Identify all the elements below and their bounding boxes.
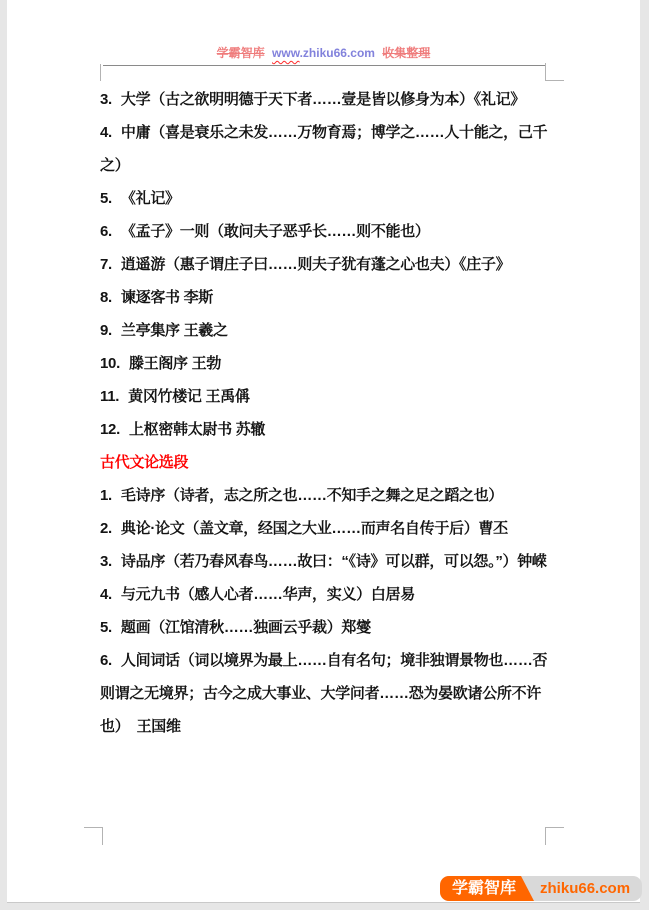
list-item-number: 9. <box>100 322 112 339</box>
header-rule-line <box>103 65 545 66</box>
margin-crop-mark-top-right <box>545 63 546 81</box>
list-item-text: 与元九书（感人心者……华声，实义）白居易 <box>121 586 415 603</box>
list-item: 6.《孟子》一则（敢问夫子恶乎长……则不能也） <box>100 215 549 248</box>
list-item-text: 大学（古之欲明明德于天下者……壹是皆以修身为本）《礼记》 <box>121 91 525 108</box>
list-item: 7.逍遥游（惠子谓庄子曰……则夫子犹有蓬之心也夫）《庄子》 <box>100 248 549 281</box>
list-item-number: 11. <box>100 388 119 405</box>
list-item: 4.中庸（喜是衰乐之未发……万物育焉；博学之……人十能之，己千之） <box>100 116 549 182</box>
margin-crop-mark-top-right <box>545 80 564 81</box>
list-item: 2.典论·论文（盖文章，经国之大业……而声名自传于后）曹丕 <box>100 512 549 545</box>
list-item: 10.滕王阁序 王勃 <box>100 347 549 380</box>
margin-crop-mark-bottom-right <box>545 827 564 828</box>
section-heading: 古代文论选段 <box>100 446 549 479</box>
list-item-text: 毛诗序（诗者，志之所之也……不知手之舞之足之蹈之也） <box>121 487 503 504</box>
list-item: 11.黄冈竹楼记 王禹偁 <box>100 380 549 413</box>
list-item-text: 中庸（喜是衰乐之未发……万物育焉；博学之……人十能之，己千之） <box>100 124 547 174</box>
list-item-text: 上枢密韩太尉书 苏辙 <box>129 421 265 438</box>
list-item-number: 12. <box>100 421 120 438</box>
list-item-number: 4. <box>100 124 112 141</box>
list-item: 5.《礼记》 <box>100 182 549 215</box>
list-item-text: 典论·论文（盖文章，经国之大业……而声名自传于后）曹丕 <box>121 520 508 537</box>
list-item-text: 《孟子》一则（敢问夫子恶乎长……则不能也） <box>121 223 430 240</box>
watermark-suffix: 收集整理 <box>382 46 430 60</box>
list-item-text: 谏逐客书 李斯 <box>121 289 213 306</box>
list-item-number: 1. <box>100 487 112 504</box>
list-item-text: 兰亭集序 王羲之 <box>121 322 228 339</box>
document-body: 3.大学（古之欲明明德于天下者……壹是皆以修身为本）《礼记》4.中庸（喜是衰乐之… <box>100 83 549 743</box>
footer-logo-brand: 学霸智库 <box>440 876 534 901</box>
watermark-brand: 学霸智库 <box>217 46 265 60</box>
list-item-number: 5. <box>100 190 112 207</box>
list-item-number: 4. <box>100 586 112 603</box>
watermark-url-domain: .zhiku66.com <box>300 46 375 60</box>
list-item-text: 逍遥游（惠子谓庄子曰……则夫子犹有蓬之心也夫）《庄子》 <box>121 256 510 273</box>
list-item-number: 3. <box>100 91 112 108</box>
footer-logo: 学霸智库 zhiku66.com <box>440 876 642 901</box>
list-item-text: 诗品序（若乃春风春鸟……故曰：“《诗》可以群，可以怨。”）钟嵘 <box>121 553 547 570</box>
list-item: 12.上枢密韩太尉书 苏辙 <box>100 413 549 446</box>
list-item: 8.谏逐客书 李斯 <box>100 281 549 314</box>
list-item-text: 《礼记》 <box>121 190 180 207</box>
app-background: 学霸智库 www.zhiku66.com 收集整理 3.大学（古之欲明明德于天下… <box>0 0 649 910</box>
list-item: 3.大学（古之欲明明德于天下者……壹是皆以修身为本）《礼记》 <box>100 83 549 116</box>
list-item-number: 6. <box>100 652 112 669</box>
list-item-text: 人间词话（词以境界为最上……自有名句；境非独谓景物也……否则谓之无境界；古今之成… <box>100 652 547 735</box>
margin-crop-mark-bottom-right <box>545 827 546 845</box>
list-item-number: 2. <box>100 520 112 537</box>
margin-crop-mark-bottom-left <box>84 827 103 828</box>
list-item-number: 5. <box>100 619 112 636</box>
footer-logo-url[interactable]: zhiku66.com <box>534 876 642 901</box>
list-item-number: 6. <box>100 223 112 240</box>
list-item: 4.与元九书（感人心者……华声，实义）白居易 <box>100 578 549 611</box>
list-item: 3.诗品序（若乃春风春鸟……故曰：“《诗》可以群，可以怨。”）钟嵘 <box>100 545 549 578</box>
list-item-number: 7. <box>100 256 112 273</box>
watermark-url: www.zhiku66.com <box>272 46 375 60</box>
list-item-number: 10. <box>100 355 120 372</box>
list-item: 5.题画（江馆清秋……独画云乎裁）郑燮 <box>100 611 549 644</box>
list-item-text: 题画（江馆清秋……独画云乎裁）郑燮 <box>121 619 371 636</box>
list-item: 6.人间词话（词以境界为最上……自有名句；境非独谓景物也……否则谓之无境界；古今… <box>100 644 549 743</box>
margin-crop-mark-top-left <box>100 64 101 81</box>
header-watermark: 学霸智库 www.zhiku66.com 收集整理 <box>7 46 640 61</box>
list-item: 1.毛诗序（诗者，志之所之也……不知手之舞之足之蹈之也） <box>100 479 549 512</box>
watermark-url-www: www <box>272 46 300 60</box>
list-item-text: 黄冈竹楼记 王禹偁 <box>128 388 249 405</box>
list-item-number: 3. <box>100 553 112 570</box>
margin-crop-mark-bottom-left <box>102 827 103 845</box>
list-item-text: 滕王阁序 王勃 <box>129 355 221 372</box>
list-item-number: 8. <box>100 289 112 306</box>
list-item: 9.兰亭集序 王羲之 <box>100 314 549 347</box>
